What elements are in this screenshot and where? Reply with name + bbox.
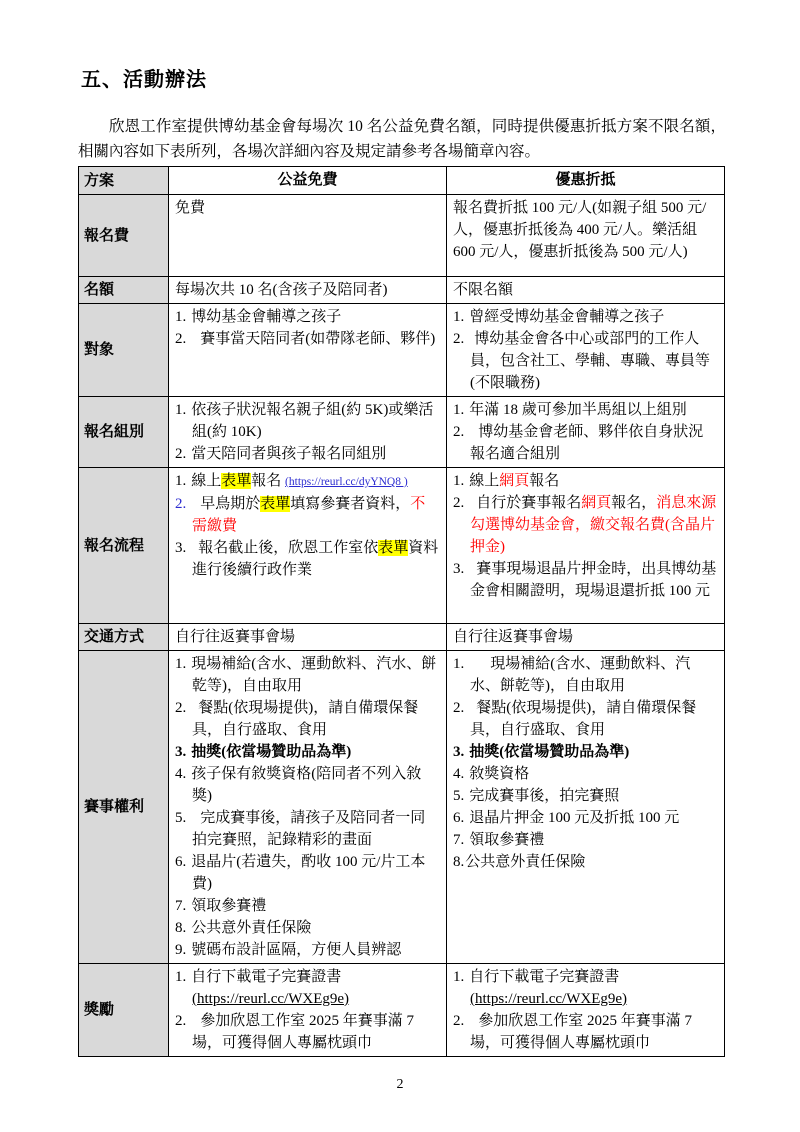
header-row: 方案公益免費優惠折抵 [79, 167, 725, 195]
text-run: 依孩子狀況報名親子組(約 5K)或樂活組(約 10K) [191, 402, 433, 440]
text-run: 容及規定請參考各場簡章 [324, 143, 495, 160]
row-label: 報名費 [79, 195, 169, 277]
list-item: 6.退晶片押金 100 元及折抵 100 元 [453, 807, 718, 829]
item-number: 2. [175, 331, 186, 347]
table-cell-discount: 1.現場補給(含水、運動飲料、汽水、餅乾等)，自由取用2.餐點(依現場提供)，請… [447, 651, 725, 964]
list-item: 9.號碼布設計區隔，方便人員辨認 [175, 939, 440, 961]
cell-text: 每場次共 10 名(含孩子及陪同者) [175, 279, 440, 301]
text-run: 自行於賽事報名 [476, 495, 581, 511]
table-cell-discount: 1.線上網頁報名2.自行於賽事報名網頁報名，消息來源勾選博幼基金會，繳交報名費(… [447, 468, 725, 624]
highlighted-text: 表單 [221, 473, 251, 489]
table-row: 報名費免費報名費折抵 100 元/人(如親子組 500 元/人，優惠折抵後為 4… [79, 195, 725, 277]
text-run: 年滿 18 歲可參加半馬組以上組別 [469, 402, 687, 418]
section-title: 五、活動辦法 [81, 63, 207, 92]
item-number: 7. [175, 898, 186, 914]
text-run: 抽獎(依當場贊助品為準) [469, 744, 629, 760]
text-run: 現場補給(含水、運動飲料、汽水、餅乾等)，自由取用 [470, 656, 690, 694]
list-item: 3.報名截止後，欣恩工作室依表單資料進行後續行政作業 [175, 537, 440, 581]
text-run: 參加欣恩工作室 2025 年賽事滿 7 場，可獲得個人專屬枕頭巾 [192, 1013, 414, 1051]
text-run: 領取參賽禮 [191, 898, 266, 914]
highlighted-text: 表單 [378, 540, 408, 556]
item-number: 2. [175, 496, 186, 512]
table-cell-free: 免費 [169, 195, 447, 277]
text-run: 填寫參賽者資料， [290, 496, 410, 512]
text-run: 完成賽事後，拍完賽照 [469, 788, 619, 804]
list-item: 2.參加欣恩工作室 2025 年賽事滿 7 場，可獲得個人專屬枕頭巾 [453, 1010, 718, 1054]
row-label: 交通方式 [79, 624, 169, 651]
table-cell-free: 自行往返賽事會場 [169, 624, 447, 651]
item-number: 1. [453, 473, 464, 489]
list-item: 4.敘獎資格 [453, 763, 718, 785]
text-run: 孩子保有敘獎資格(陪同者不列入敘獎) [191, 766, 421, 804]
list-item: 2.博幼基金會老師、夥伴依自身狀況報名適合組別 [453, 421, 718, 465]
item-number: 1. [453, 309, 464, 325]
list-item: 1.現場補給(含水、運動飲料、汽水、餅乾等)，自由取用 [175, 653, 440, 697]
text-run: 號碼布設計區隔，方便人員辨認 [191, 942, 401, 958]
item-number: 1. [175, 656, 186, 672]
text-run: 賽事當天陪同者(如帶隊老師、夥伴) [200, 331, 435, 347]
link[interactable]: (https://reurl.cc/WXEg9e) [192, 991, 349, 1007]
table-cell-free: 每場次共 10 名(含孩子及陪同者) [169, 277, 447, 304]
list-item: 1.曾經受博幼基金會輔導之孩子 [453, 306, 718, 328]
list-item: 1.線上表單報名 (https://reurl.cc/dyYNQ8 ) [175, 470, 440, 493]
item-number: 2. [453, 495, 464, 511]
text-run: 容如下表所列，各場次詳細 [124, 143, 310, 160]
text-run: 不限名額 [453, 282, 513, 298]
text-run: 早鳥期於 [200, 496, 260, 512]
highlighted-text: 表單 [260, 496, 290, 512]
table-row: 報名組別1.依孩子狀況報名親子組(約 5K)或樂活組(約 10K)2.當天陪同者… [79, 397, 725, 468]
cell-text: 自行往返賽事會場 [453, 626, 718, 648]
text-run: 現場補給(含水、運動飲料、汽水、餅乾等)，自由取用 [191, 656, 436, 694]
activity-methods-table: 方案公益免費優惠折抵 報名費免費報名費折抵 100 元/人(如親子組 500 元… [78, 166, 725, 1057]
item-number: 2. [453, 1013, 464, 1029]
row-label: 名額 [79, 277, 169, 304]
item-number: 3. [453, 561, 464, 577]
item-number: 1. [175, 402, 186, 418]
text-run: 完成賽事後，請孩子及陪同者一同拍完賽照，記錄精彩的畫面 [192, 810, 425, 848]
table-cell-discount: 1.年滿 18 歲可參加半馬組以上組別2.博幼基金會老師、夥伴依自身狀況報名適合… [447, 397, 725, 468]
table-cell-free: 1.線上表單報名 (https://reurl.cc/dyYNQ8 )2.早鳥期… [169, 468, 447, 624]
link[interactable]: (https://reurl.cc/dyYNQ8 ) [285, 476, 408, 488]
text-run: 線上 [469, 473, 499, 489]
text-run: 線上 [191, 473, 221, 489]
table-row: 交通方式自行往返賽事會場自行往返賽事會場 [79, 624, 725, 651]
item-number: 9. [175, 942, 186, 958]
list-item: 5.完成賽事後，請孩子及陪同者一同拍完賽照，記錄精彩的畫面 [175, 807, 440, 851]
column-header: 優惠折抵 [447, 167, 725, 195]
table-row: 名額每場次共 10 名(含孩子及陪同者)不限名額 [79, 277, 725, 304]
item-number: 4. [175, 766, 186, 782]
item-number: 1. [175, 473, 186, 489]
cell-text: 不限名額 [453, 279, 718, 301]
table-row: 報名流程1.線上表單報名 (https://reurl.cc/dyYNQ8 )2… [79, 468, 725, 624]
column-header: 公益免費 [169, 167, 447, 195]
item-number: 3. [175, 744, 186, 760]
text-run: 領取參賽禮 [469, 832, 544, 848]
list-item: 2.自行於賽事報名網頁報名，消息來源勾選博幼基金會，繳交報名費(含晶片押金) [453, 492, 718, 558]
text-run: 免費 [175, 200, 205, 216]
list-item: 6.退晶片(若遺失，酌收 100 元/片工本費) [175, 851, 440, 895]
list-item: 1.自行下載電子完賽證書 (https://reurl.cc/WXEg9e) [175, 966, 440, 1010]
text-run: 報名， [611, 495, 656, 511]
text-run: 自行往返賽事會場 [453, 629, 573, 645]
item-number: 8. [175, 920, 186, 936]
row-label: 對象 [79, 304, 169, 397]
table-cell-free: 1.現場補給(含水、運動飲料、汽水、餅乾等)，自由取用2.餐點(依現場提供)，請… [169, 651, 447, 964]
text-run: 內 [495, 144, 510, 160]
text-run: 網頁 [499, 473, 529, 489]
item-number: 1. [453, 969, 464, 985]
text-run: 報名 [529, 473, 559, 489]
item-number: 5. [175, 810, 186, 826]
text-run: 當天陪同者與孩子報名同組別 [191, 446, 386, 462]
list-item: 3.賽事現場退晶片押金時，出具博幼基金會相關證明，現場退還折抵 100 元 [453, 558, 718, 602]
item-number: 1. [453, 656, 464, 672]
cell-text: 報名費折抵 100 元/人(如親子組 500 元/人，優惠折抵後為 400 元/… [453, 197, 718, 263]
row-label: 報名流程 [79, 468, 169, 624]
table-cell-discount: 1.曾經受博幼基金會輔導之孩子2.博幼基金會各中心或部門的工作人員，包含社工、學… [447, 304, 725, 397]
table-row: 對象1.博幼基金會輔導之孩子2.賽事當天陪同者(如帶隊老師、夥伴)1.曾經受博幼… [79, 304, 725, 397]
item-number: 2. [175, 446, 186, 462]
list-item: 8.公共意外責任保險 [175, 917, 440, 939]
text-run: 抽獎(依當場贊助品為準) [191, 744, 351, 760]
table-cell-free: 1.自行下載電子完賽證書 (https://reurl.cc/WXEg9e)2.… [169, 964, 447, 1057]
item-number: 6. [175, 854, 186, 870]
list-item: 1.博幼基金會輔導之孩子 [175, 306, 440, 328]
text-run: 博幼基金會老師、夥伴依自身狀況報名適合組別 [470, 424, 703, 462]
list-item: 2.當天陪同者與孩子報名同組別 [175, 443, 440, 465]
table-cell-discount: 報名費折抵 100 元/人(如親子組 500 元/人，優惠折抵後為 400 元/… [447, 195, 725, 277]
column-header: 方案 [79, 167, 169, 195]
text-run: 自行往返賽事會場 [175, 629, 295, 645]
item-number: 3. [453, 744, 464, 760]
table-row: 賽事權利1.現場補給(含水、運動飲料、汽水、餅乾等)，自由取用2.餐點(依現場提… [79, 651, 725, 964]
list-item: 2.餐點(依現場提供)，請自備環保餐具，自行盛取、食用 [175, 697, 440, 741]
list-item: 2.博幼基金會各中心或部門的工作人員，包含社工、學輔、專職、專員等(不限職務) [453, 328, 718, 394]
list-item: 1.自行下載電子完賽證書 (https://reurl.cc/WXEg9e) [453, 966, 718, 1010]
item-number: 5. [453, 788, 464, 804]
text-run: 博幼基金會輔導之孩子 [191, 309, 341, 325]
list-item: 8.公共意外責任保險 [453, 851, 718, 873]
item-number: 2. [175, 700, 186, 716]
page-number: 2 [0, 1077, 800, 1093]
item-number: 1. [175, 309, 186, 325]
item-number: 4. [453, 766, 464, 782]
table-row: 獎勵1.自行下載電子完賽證書 (https://reurl.cc/WXEg9e)… [79, 964, 725, 1057]
table-cell-discount: 1.自行下載電子完賽證書 (https://reurl.cc/WXEg9e)2.… [447, 964, 725, 1057]
text-run: 賽事現場退晶片押金時，出具博幼基金會相關證明，現場退還折抵 100 元 [470, 561, 716, 599]
text-run: 餐點(依現場提供)，請自備環保餐具，自行盛取、食用 [192, 700, 418, 738]
text-run: 內 [310, 144, 325, 160]
list-item: 1.依孩子狀況報名親子組(約 5K)或樂活組(約 10K) [175, 399, 440, 443]
list-item: 1.線上網頁報名 [453, 470, 718, 492]
text-run: 曾經受博幼基金會輔導之孩子 [469, 309, 664, 325]
list-item: 4.孩子保有敘獎資格(陪同者不列入敘獎) [175, 763, 440, 807]
link[interactable]: (https://reurl.cc/WXEg9e) [470, 991, 627, 1007]
text-run: 報名 [251, 473, 285, 489]
cell-text: 免費 [175, 197, 440, 219]
item-number: 2. [175, 1013, 186, 1029]
text-run: 網頁 [581, 495, 611, 511]
list-item: 2.賽事當天陪同者(如帶隊老師、夥伴) [175, 328, 440, 350]
text-run: 公共意外責任保險 [191, 920, 311, 936]
row-label: 獎勵 [79, 964, 169, 1057]
item-number: 8. [453, 854, 464, 870]
text-run: 敘獎資格 [469, 766, 529, 782]
text-run: 每場次共 10 名(含孩子及陪同者) [175, 282, 388, 298]
text-run: 公共意外責任保險 [465, 854, 585, 870]
table-cell-free: 1.博幼基金會輔導之孩子2.賽事當天陪同者(如帶隊老師、夥伴) [169, 304, 447, 397]
item-number: 2. [453, 700, 464, 716]
table-cell-discount: 自行往返賽事會場 [447, 624, 725, 651]
item-number: 1. [453, 402, 464, 418]
item-number: 2. [453, 331, 464, 347]
text-run: 自行下載電子完賽證書 [469, 969, 619, 985]
list-item: 3.抽獎(依當場贊助品為準) [453, 741, 718, 763]
table-cell-free: 1.依孩子狀況報名親子組(約 5K)或樂活組(約 10K)2.當天陪同者與孩子報… [169, 397, 447, 468]
list-item: 1.現場補給(含水、運動飲料、汽水、餅乾等)，自由取用 [453, 653, 718, 697]
table-body: 報名費免費報名費折抵 100 元/人(如親子組 500 元/人，優惠折抵後為 4… [79, 195, 725, 1057]
table-header: 方案公益免費優惠折抵 [79, 167, 725, 195]
cell-text: 自行往返賽事會場 [175, 626, 440, 648]
text-run: 餐點(依現場提供)，請自備環保餐具，自行盛取、食用 [470, 700, 696, 738]
list-item: 2.餐點(依現場提供)，請自備環保餐具，自行盛取、食用 [453, 697, 718, 741]
intro-paragraph: 欣恩工作室提供博幼基金會每場次 10 名公益免費名額，同時提供優惠折抵方案不限名… [78, 114, 726, 165]
row-label: 報名組別 [79, 397, 169, 468]
list-item: 1.年滿 18 歲可參加半馬組以上組別 [453, 399, 718, 421]
item-number: 3. [175, 540, 186, 556]
text-run: 報名截止後，欣恩工作室依 [198, 540, 378, 556]
text-run: 退晶片押金 100 元及折抵 100 元 [469, 810, 679, 826]
list-item: 3.抽獎(依當場贊助品為準) [175, 741, 440, 763]
item-number: 2. [453, 424, 464, 440]
list-item: 7.領取參賽禮 [175, 895, 440, 917]
text-run: 內 [109, 144, 124, 160]
document-page: 五、活動辦法 欣恩工作室提供博幼基金會每場次 10 名公益免費名額，同時提供優惠… [0, 0, 800, 1132]
table-cell-discount: 不限名額 [447, 277, 725, 304]
item-number: 7. [453, 832, 464, 848]
text-run: 報名費折抵 100 元/人(如親子組 500 元/人，優惠折抵後為 400 元/… [453, 200, 706, 260]
text-run: 參加欣恩工作室 2025 年賽事滿 7 場，可獲得個人專屬枕頭巾 [470, 1013, 692, 1051]
list-item: 7.領取參賽禮 [453, 829, 718, 851]
item-number: 6. [453, 810, 464, 826]
text-run: 退晶片(若遺失，酌收 100 元/片工本費) [191, 854, 425, 892]
list-item: 5.完成賽事後，拍完賽照 [453, 785, 718, 807]
text-run: 博幼基金會各中心或部門的工作人員，包含社工、學輔、專職、專員等(不限職務) [470, 331, 710, 391]
list-item: 2.早鳥期於表單填寫參賽者資料，不需繳費 [175, 493, 440, 537]
list-item: 2.參加欣恩工作室 2025 年賽事滿 7 場，可獲得個人專屬枕頭巾 [175, 1010, 440, 1054]
text-run: 容。 [509, 143, 540, 160]
text-run: 自行下載電子完賽證書 [191, 969, 341, 985]
item-number: 1. [175, 969, 186, 985]
row-label: 賽事權利 [79, 651, 169, 964]
